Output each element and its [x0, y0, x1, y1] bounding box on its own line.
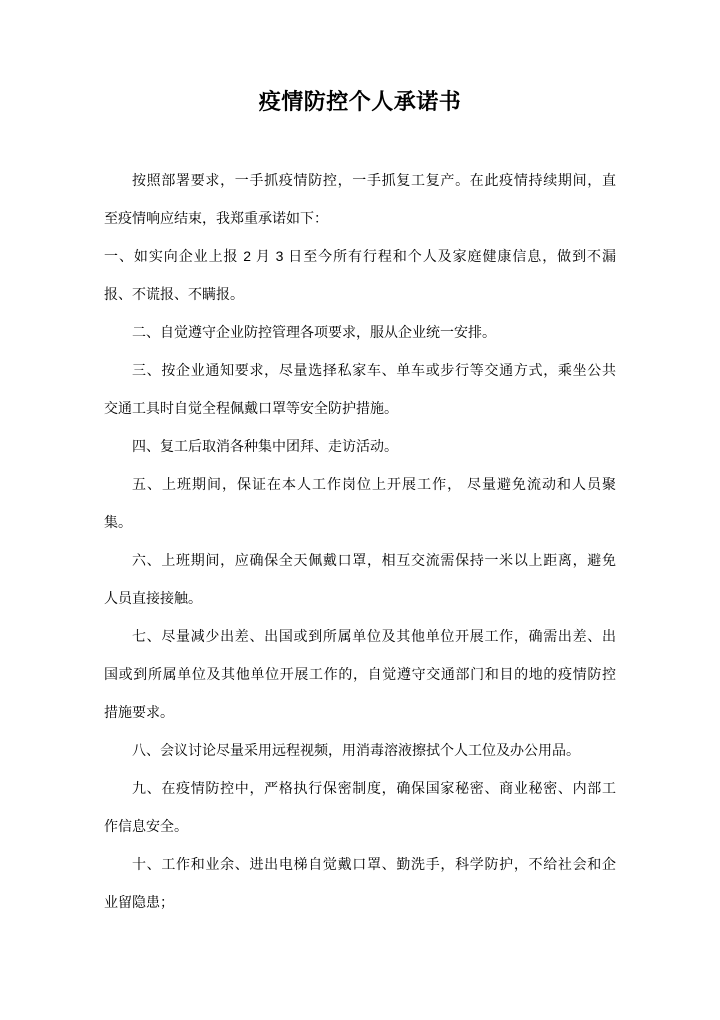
paragraph-line: 一、如实向企业上报 2 月 3 日至今所有行程和个人及家庭健康信息，做到不漏 [104, 237, 616, 275]
paragraph-line: 二、自觉遵守企业防控管理各项要求，服从企业统一安排。 [104, 313, 616, 351]
paragraph-item-5: 五、上班期间，保证在本人工作岗位上开展工作， 尽量避免流动和人员聚 集。 [104, 465, 616, 541]
paragraph-line: 国或到所属单位及其他单位开展工作的，自觉遵守交通部门和目的地的疫情防控 [104, 655, 616, 693]
paragraph-item-9: 九、在疫情防控中，严格执行保密制度，确保国家秘密、商业秘密、内部工 作信息安全。 [104, 769, 616, 845]
paragraph-line: 作信息安全。 [104, 807, 616, 845]
paragraph-line: 人员直接接触。 [104, 579, 616, 617]
paragraph-line: 九、在疫情防控中，严格执行保密制度，确保国家秘密、商业秘密、内部工 [104, 769, 616, 807]
paragraph-item-10: 十、工作和业余、进出电梯自觉戴口罩、勤洗手，科学防护，不给社会和企 业留隐患； [104, 845, 616, 921]
paragraph-item-7: 七、尽量减少出差、出国或到所属单位及其他单位开展工作，确需出差、出 国或到所属单… [104, 617, 616, 731]
paragraph-item-4: 四、复工后取消各种集中团拜、走访活动。 [104, 427, 616, 465]
paragraph-line: 业留隐患； [104, 883, 616, 921]
paragraph-item-8: 八、会议讨论尽量采用远程视频，用消毒溶液擦拭个人工位及办公用品。 [104, 731, 616, 769]
paragraph-item-3: 三、按企业通知要求，尽量选择私家车、单车或步行等交通方式，乘坐公共 交通工具时自… [104, 351, 616, 427]
paragraph-line: 八、会议讨论尽量采用远程视频，用消毒溶液擦拭个人工位及办公用品。 [104, 731, 616, 769]
paragraph-line: 集。 [104, 503, 616, 541]
paragraph-line: 三、按企业通知要求，尽量选择私家车、单车或步行等交通方式，乘坐公共 [104, 351, 616, 389]
paragraph-line: 四、复工后取消各种集中团拜、走访活动。 [104, 427, 616, 465]
paragraph-intro: 按照部署要求，一手抓疫情防控，一手抓复工复产。在此疫情持续期间，直 至疫情响应结… [104, 161, 616, 237]
paragraph-line: 按照部署要求，一手抓疫情防控，一手抓复工复产。在此疫情持续期间，直 [104, 161, 616, 199]
paragraph-line: 七、尽量减少出差、出国或到所属单位及其他单位开展工作，确需出差、出 [104, 617, 616, 655]
document-title: 疫情防控个人承诺书 [104, 86, 616, 117]
paragraph-item-6: 六、上班期间，应确保全天佩戴口罩，相互交流需保持一米以上距离，避免 人员直接接触… [104, 541, 616, 617]
paragraph-item-2: 二、自觉遵守企业防控管理各项要求，服从企业统一安排。 [104, 313, 616, 351]
document-page: 疫情防控个人承诺书 按照部署要求，一手抓疫情防控，一手抓复工复产。在此疫情持续期… [0, 0, 720, 1020]
paragraph-line: 十、工作和业余、进出电梯自觉戴口罩、勤洗手，科学防护，不给社会和企 [104, 845, 616, 883]
paragraph-line: 交通工具时自觉全程佩戴口罩等安全防护措施。 [104, 389, 616, 427]
paragraph-item-1: 一、如实向企业上报 2 月 3 日至今所有行程和个人及家庭健康信息，做到不漏 报… [104, 237, 616, 313]
paragraph-line: 至疫情响应结束，我郑重承诺如下： [104, 199, 616, 237]
paragraph-line: 五、上班期间，保证在本人工作岗位上开展工作， 尽量避免流动和人员聚 [104, 465, 616, 503]
paragraph-line: 报、不谎报、不瞒报。 [104, 275, 616, 313]
document-body: 按照部署要求，一手抓疫情防控，一手抓复工复产。在此疫情持续期间，直 至疫情响应结… [104, 161, 616, 921]
paragraph-line: 六、上班期间，应确保全天佩戴口罩，相互交流需保持一米以上距离，避免 [104, 541, 616, 579]
paragraph-line: 措施要求。 [104, 693, 616, 731]
